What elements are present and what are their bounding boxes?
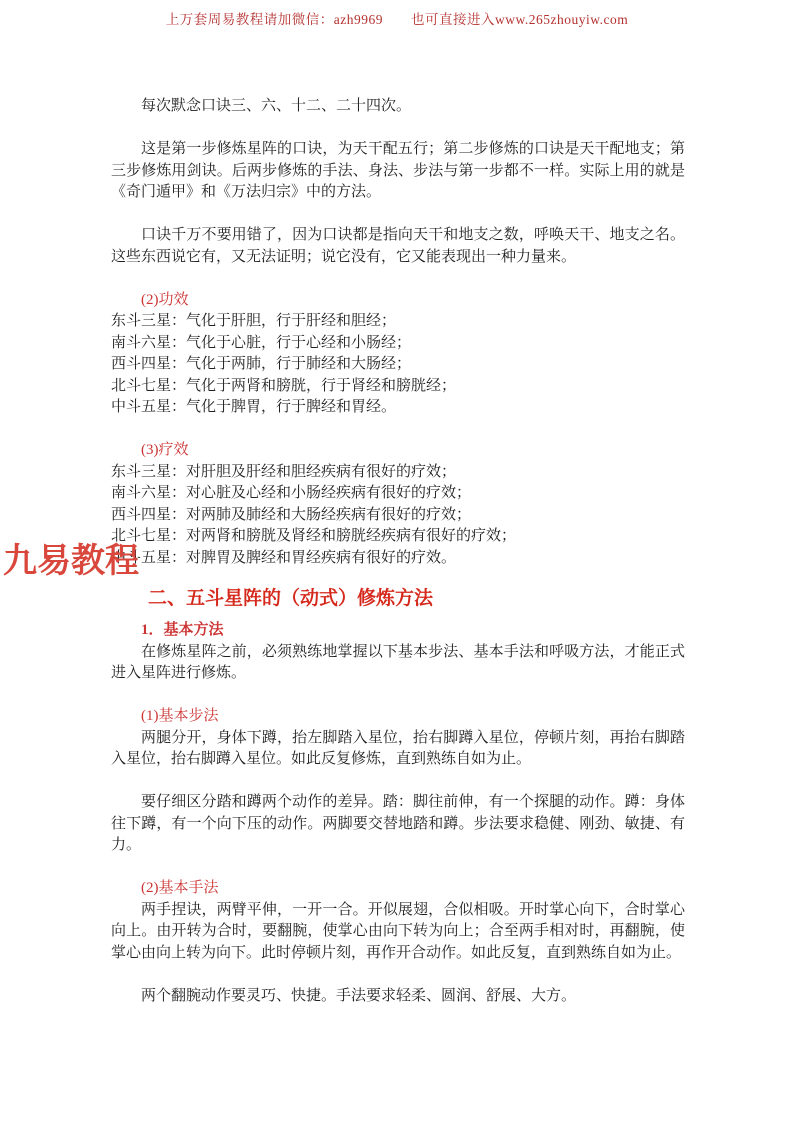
paragraph-handwork-1: 两手捏诀，两臂平伸，一开一合。开似展翅，合似相吸。开时掌心向下，合时掌心向上。由… [111, 900, 685, 965]
list-item: 东斗三星：对肝胆及肝经和胆经疾病有很好的疗效； [111, 462, 685, 484]
list-item: 南斗六星：气化于心脏，行于心经和小肠经； [111, 333, 685, 355]
list-item: 西斗四星：气化于两肺，行于肺经和大肠经； [111, 354, 685, 376]
paragraph-training-steps: 这是第一步修炼星阵的口诀，为天干配五行；第二步修炼的口诀是天干配地支；第三步修炼… [111, 139, 685, 204]
paragraph-handwork-2: 两个翻腕动作要灵巧、快捷。手法要求轻柔、圆润、舒展、大方。 [111, 986, 685, 1008]
promo-header: 上万套周易教程请加微信：azh9969 也可直接进入www.265zhouyiw… [0, 8, 794, 28]
document-body: 每次默念口诀三、六、十二、二十四次。 这是第一步修炼星阵的口诀，为天干配五行；第… [111, 96, 685, 1007]
site-watermark: 九易教程 [3, 541, 139, 581]
heading-liaoxiao: (3)疗效 [111, 440, 685, 462]
paragraph-footwork-1: 两腿分开，身体下蹲，抬左脚踏入星位，抬右脚蹲入星位，停顿片刻，再抬右脚踏入星位，… [111, 728, 685, 771]
document-page: 上万套周易教程请加微信：azh9969 也可直接进入www.265zhouyiw… [0, 0, 794, 1123]
heading-gongxiao: (2)功效 [111, 290, 685, 312]
section-title-dynamic-method: 二、五斗星阵的（动式）修炼方法 [148, 586, 685, 611]
list-item: 北斗七星：气化于两肾和膀胱，行于肾经和膀胱经； [111, 376, 685, 398]
list-item: 南斗六星：对心脏及心经和小肠经疾病有很好的疗效； [111, 483, 685, 505]
paragraph-footwork-2: 要仔细区分踏和蹲两个动作的差异。踏：脚往前伸，有一个探腿的动作。蹲：身体往下蹲，… [111, 792, 685, 857]
paragraph-mantra-warning: 口诀千万不要用错了，因为口诀都是指向天干和地支之数，呼唤天干、地支之名。这些东西… [111, 225, 685, 268]
list-item: 中斗五星：对脾胃及脾经和胃经疾病有很好的疗效。 [111, 548, 685, 570]
heading-basic-handwork: (2)基本手法 [111, 878, 685, 900]
list-item: 西斗四星：对两肺及肺经和大肠经疾病有很好的疗效； [111, 505, 685, 527]
list-item: 中斗五星：气化于脾胃，行于脾经和胃经。 [111, 397, 685, 419]
paragraph-recite-counts: 每次默念口诀三、六、十二、二十四次。 [111, 96, 685, 118]
paragraph-basic-method: 在修炼星阵之前，必须熟练地掌握以下基本步法、基本手法和呼吸方法，才能正式进入星阵… [111, 642, 685, 685]
list-item: 北斗七星：对两肾和膀胱及肾经和膀胱经疾病有很好的疗效； [111, 526, 685, 548]
heading-basic-footwork: (1)基本步法 [111, 706, 685, 728]
list-item: 东斗三星：气化于肝胆，行于肝经和胆经； [111, 311, 685, 333]
heading-basic-method: 1．基本方法 [111, 620, 685, 642]
